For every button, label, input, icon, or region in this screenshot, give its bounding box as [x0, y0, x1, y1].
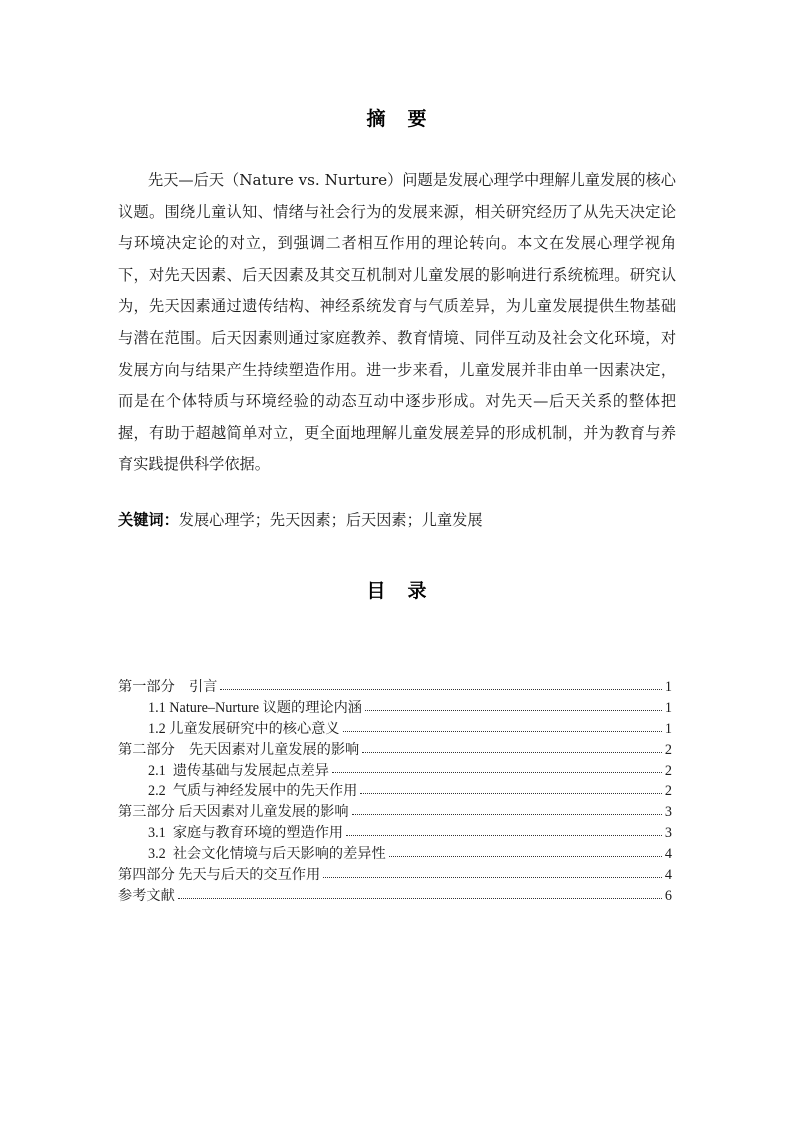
toc-entry-page: 3 [664, 823, 672, 844]
toc-dot-leader [360, 793, 662, 794]
toc-entry-label: 3.1 家庭与教育环境的塑造作用 [148, 823, 343, 844]
toc-entry-label: 3.2 社会文化情境与后天影响的差异性 [148, 844, 386, 865]
toc-entry-label: 1.1 Nature–Nurture 议题的理论内涵 [148, 698, 362, 719]
toc-entry-part-1[interactable]: 第一部分 引言 1 [118, 677, 672, 698]
toc-entry-page: 3 [664, 802, 672, 823]
abstract-paragraph: 先天—后天（Nature vs. Nurture）问题是发展心理学中理解儿童发展… [118, 165, 676, 481]
toc-dot-leader [352, 814, 662, 815]
document-page: 摘要 先天—后天（Nature vs. Nurture）问题是发展心理学中理解儿… [0, 0, 793, 1122]
toc-entry-1-2[interactable]: 1.2 儿童发展研究中的核心意义 1 [118, 719, 672, 740]
toc-entry-label: 第二部分 先天因素对儿童发展的影响 [118, 740, 359, 761]
toc-entry-page: 1 [664, 677, 672, 698]
abstract-title-char: 摘 [366, 104, 385, 131]
toc-entry-label: 2.1 遗传基础与发展起点差异 [148, 761, 329, 782]
toc-entry-part-4[interactable]: 第四部分 先天与后天的交互作用 4 [118, 865, 672, 886]
toc-dot-leader [343, 731, 662, 732]
toc-dot-leader [365, 710, 662, 711]
toc-entry-label: 第四部分 先天与后天的交互作用 [118, 865, 320, 886]
keywords-label: 关键词： [118, 511, 179, 529]
toc-entry-page: 1 [664, 698, 672, 719]
toc-dot-leader [389, 856, 662, 857]
toc-entry-part-3[interactable]: 第三部分 后天因素对儿童发展的影响 3 [118, 802, 672, 823]
toc-dot-leader [323, 877, 662, 878]
toc-entry-2-1[interactable]: 2.1 遗传基础与发展起点差异 2 [118, 761, 672, 782]
toc-entry-page: 2 [664, 740, 672, 761]
toc-dot-leader [220, 689, 662, 690]
toc-entry-part-2[interactable]: 第二部分 先天因素对儿童发展的影响 2 [118, 740, 672, 761]
keywords-value: 发展心理学；先天因素；后天因素；儿童发展 [179, 511, 483, 529]
toc-entry-label: 第三部分 后天因素对儿童发展的影响 [118, 802, 349, 823]
table-of-contents: 第一部分 引言 1 1.1 Nature–Nurture 议题的理论内涵 1 1… [118, 677, 672, 907]
toc-entry-page: 4 [664, 844, 672, 865]
abstract-title: 摘要 [0, 104, 793, 131]
toc-entry-2-2[interactable]: 2.2 气质与神经发展中的先天作用 2 [118, 781, 672, 802]
toc-dot-leader [178, 898, 662, 899]
abstract-title-char: 要 [408, 104, 427, 131]
toc-dot-leader [362, 752, 662, 753]
toc-entry-label: 1.2 儿童发展研究中的核心意义 [148, 719, 340, 740]
toc-entry-1-1[interactable]: 1.1 Nature–Nurture 议题的理论内涵 1 [118, 698, 672, 719]
toc-entry-label: 2.2 气质与神经发展中的先天作用 [148, 781, 357, 802]
toc-entry-page: 2 [664, 781, 672, 802]
toc-entry-references[interactable]: 参考文献 6 [118, 886, 672, 907]
toc-entry-page: 6 [664, 886, 672, 907]
toc-entry-page: 1 [664, 719, 672, 740]
toc-entry-label: 第一部分 引言 [118, 677, 217, 698]
toc-entry-page: 4 [664, 865, 672, 886]
toc-dot-leader [332, 772, 662, 773]
toc-entry-3-2[interactable]: 3.2 社会文化情境与后天影响的差异性 4 [118, 844, 672, 865]
toc-entry-3-1[interactable]: 3.1 家庭与教育环境的塑造作用 3 [118, 823, 672, 844]
toc-dot-leader [346, 835, 662, 836]
keywords-line: 关键词：发展心理学；先天因素；后天因素；儿童发展 [118, 509, 483, 531]
toc-entry-page: 2 [664, 761, 672, 782]
toc-entry-label: 参考文献 [118, 886, 175, 907]
toc-title-char: 录 [408, 576, 427, 603]
toc-title: 目录 [0, 576, 793, 603]
toc-title-char: 目 [366, 576, 385, 603]
